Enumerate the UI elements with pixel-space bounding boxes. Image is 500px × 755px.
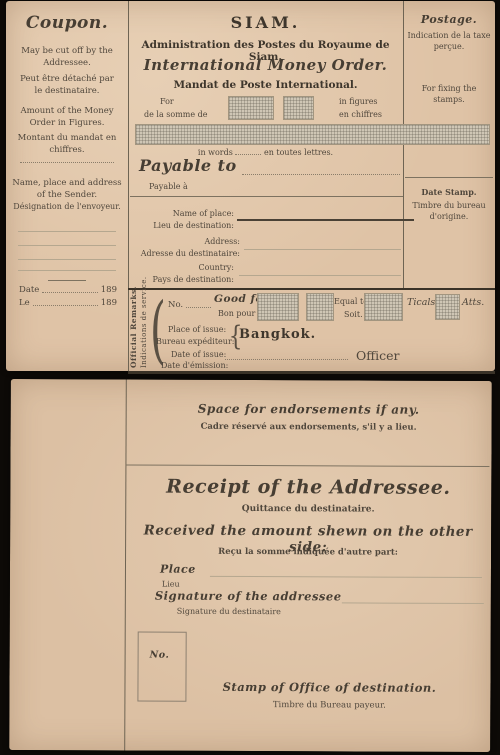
coupon-date-year: 189 [101, 297, 117, 309]
coupon-separator-dash [48, 280, 86, 281]
official-no-row: No. [168, 299, 214, 311]
postage-stamps-en: For fixing the stamps. [405, 83, 493, 105]
issue-date-en: Date of issue: [171, 349, 226, 360]
amount-figures-box [228, 96, 274, 120]
dest-country-en: Country: [128, 262, 234, 273]
official-no-line [186, 307, 211, 308]
coupon-amount-fr: Montant du mandat en chiffres. [14, 132, 120, 157]
date-stamp-fr: Timbre du bureau d'origine. [409, 200, 489, 222]
payable-section-line [130, 196, 403, 197]
good-for-fr: Bon pour [218, 308, 255, 319]
dest-office-stamp-fr: Timbre du Bureau payeur. [184, 700, 474, 711]
official-remarks-side-en: Official Remarks. [129, 292, 138, 368]
signature-label-fr: Signature du destinataire [177, 606, 281, 618]
payable-to-line [242, 173, 400, 175]
dest-country-fr: Pays de destination: [116, 274, 234, 285]
equal-to-fr: Soit. [344, 309, 363, 320]
receipt-no-box: No. [137, 632, 186, 702]
dest-place-en: Name of place: [128, 208, 234, 219]
receipt-title-en: Receipt of the Addressee. [125, 475, 491, 499]
money-order-front-card: Coupon. May be cut off by the Addressee.… [6, 1, 495, 371]
amount-words-fr: en toutes lettres. [264, 148, 333, 157]
official-remarks-box: Official Remarks. Indications de service… [128, 288, 495, 374]
issue-place-value: Bangkok. [239, 327, 316, 342]
endorsements-en: Space for endorsements if any. [126, 401, 492, 417]
coupon-date-line [42, 292, 97, 293]
postage-title: Postage. [403, 13, 495, 26]
endorsements-section-line [125, 464, 489, 467]
amount-figures-en: in figures [339, 96, 378, 107]
signature-writein-line [342, 602, 484, 604]
coupon-cut-en: May be cut off by the Addressee. [15, 45, 119, 70]
coupon-date-row: Date 189 [19, 284, 117, 296]
date-stamp-en: Date Stamp. [405, 187, 493, 198]
good-for-amount-box [257, 293, 299, 321]
amount-words-gap [235, 154, 261, 155]
equal-to-en: Equal to [334, 296, 368, 307]
postage-section-line [405, 177, 493, 178]
coupon-date-row-fr: Le 189 [19, 297, 117, 309]
form-title-fr: Mandat de Poste International. [128, 79, 403, 91]
issue-date-fr: Date d'émission: [161, 360, 228, 371]
country-title: SIAM. [128, 13, 403, 32]
money-order-back-card: Space for endorsements if any. Cadre rés… [9, 379, 492, 752]
good-for-amount-box-2 [306, 293, 334, 321]
issue-place-en: Place of issue: [168, 324, 226, 335]
atts-amount-box [435, 294, 460, 320]
atts-label: Atts. [462, 297, 484, 308]
signature-label-en: Signature of the addressee [155, 589, 342, 604]
dest-place-fr: Lieu de destination: [116, 220, 234, 231]
postage-tax-fr: Indication de la taxe perçue. [407, 30, 491, 52]
ticals-label: Ticals [407, 297, 435, 308]
received-amount-fr: Reçu la somme indiquée d'autre part: [125, 546, 491, 558]
amount-words-bar [135, 124, 490, 145]
dest-country-line [239, 275, 401, 276]
coupon-date-label-en: Date [19, 284, 39, 296]
coupon-date-year: 189 [101, 284, 117, 296]
dest-address-fr: Adresse du destinataire: [116, 248, 240, 259]
official-remarks-side-fr: Indications de service. [140, 292, 148, 368]
coupon-writein-line [18, 270, 116, 271]
coupon-title: Coupon. [6, 13, 128, 33]
endorsements-fr: Cadre réservé aux endorsements, s'il y a… [126, 421, 492, 433]
place-label-en: Place [160, 563, 196, 576]
amount-for-en: For [160, 96, 174, 107]
receipt-title-fr: Quittance du destinataire. [125, 503, 491, 515]
amount-for-fr: de la somme de [144, 109, 208, 120]
dest-office-stamp-en: Stamp of Office of destination. [184, 680, 474, 695]
coupon-sender-fr: Désignation de l'envoyeur. [10, 201, 124, 212]
issue-place-fr: Bureau expéditeur: [156, 336, 234, 347]
coupon-writein-line [18, 245, 116, 246]
coupon-date-line [33, 305, 98, 306]
form-title-en: International Money Order. [128, 56, 403, 74]
dest-place-line [237, 219, 414, 221]
equal-to-amount-box [364, 293, 403, 321]
official-no-label: No. [168, 299, 183, 311]
amount-figures-box-2 [283, 96, 314, 120]
coupon-sender-en: Name, place and address of the Sender. [12, 177, 122, 202]
coupon-amount-writein-line [20, 161, 114, 163]
place-writein-line [210, 576, 482, 578]
dest-address-line [244, 249, 401, 250]
coupon-amount-en: Amount of the Money Order in Figures. [14, 105, 120, 130]
coupon-writein-line [18, 259, 116, 260]
payable-to-fr: Payable à [149, 181, 188, 192]
back-margin-divider [124, 379, 127, 750]
receipt-no-label: No. [150, 650, 170, 661]
payable-to-en: Payable to [139, 156, 237, 175]
dest-address-en: Address: [128, 236, 240, 247]
issue-date-line [225, 358, 348, 360]
coupon-cut-fr: Peut être détaché par le destinataire. [15, 73, 119, 98]
official-brace-icon: ( [150, 290, 166, 370]
coupon-date-label-fr: Le [19, 297, 30, 309]
officer-label: Officer [356, 348, 400, 363]
amount-figures-fr: en chiffres [339, 109, 382, 120]
coupon-writein-line [18, 231, 116, 232]
